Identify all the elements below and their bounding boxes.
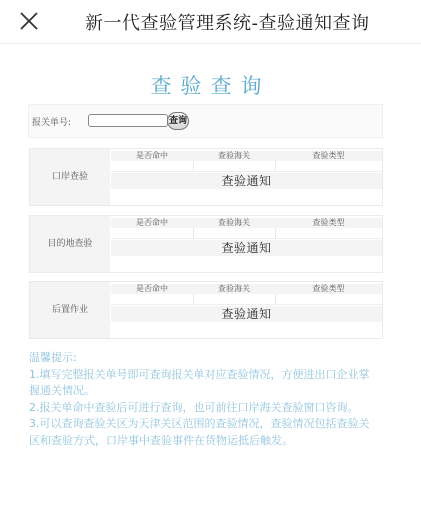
column-type: 查验类型 — [275, 218, 382, 228]
tips-panel: 温馨提示: 1.填写完整报关单号即可查询报关单对应查验情况，方便进出口企业掌握通… — [29, 350, 379, 449]
column-type: 查验类型 — [275, 151, 382, 161]
section-label: 目的地查验 — [30, 216, 110, 272]
section-port-inspection: 口岸查验 是否命中 查验海关 查验类型 查验通知 — [29, 148, 383, 206]
column-header-row: 是否命中 查验海关 查验类型 — [111, 151, 382, 161]
column-hit: 是否命中 — [111, 218, 193, 228]
page-title: 查验查询 — [0, 70, 421, 100]
tips-heading: 温馨提示: — [29, 350, 379, 367]
declaration-number-input[interactable] — [88, 114, 168, 127]
tip-item: 3.可以查询查验关区为天津关区范围的查验情况，查验情况包括查验关区和查验方式，口… — [29, 416, 379, 449]
inspection-notice-button[interactable]: 查验通知 — [111, 306, 382, 322]
data-row — [111, 228, 382, 239]
close-icon[interactable] — [18, 10, 40, 32]
data-row — [111, 294, 382, 305]
tip-item: 1.填写完整报关单号即可查询报关单对应查验情况，方便进出口企业掌握通关情况。 — [29, 367, 379, 400]
section-post-operation: 后置作业 是否命中 查验海关 查验类型 查验通知 — [29, 281, 383, 339]
column-header-row: 是否命中 查验海关 查验类型 — [111, 218, 382, 228]
column-hit: 是否命中 — [111, 284, 193, 294]
inspection-notice-button[interactable]: 查验通知 — [111, 173, 382, 189]
tip-item: 2.报关单命中查验后可进行查询，也可前往口岸海关查验窗口咨询。 — [29, 400, 379, 417]
section-label: 口岸查验 — [30, 149, 110, 205]
column-customs: 查验海关 — [193, 151, 275, 161]
search-panel: 报关单号: 查询 — [28, 104, 383, 138]
window-title: 新一代查验管理系统-查验通知查询 — [85, 9, 370, 35]
column-header-row: 是否命中 查验海关 查验类型 — [111, 284, 382, 294]
top-bar: 新一代查验管理系统-查验通知查询 — [0, 0, 421, 44]
column-hit: 是否命中 — [111, 151, 193, 161]
column-customs: 查验海关 — [193, 218, 275, 228]
query-button[interactable]: 查询 — [167, 112, 189, 130]
section-label: 后置作业 — [30, 282, 110, 338]
column-customs: 查验海关 — [193, 284, 275, 294]
inspection-notice-button[interactable]: 查验通知 — [111, 240, 382, 256]
section-destination-inspection: 目的地查验 是否命中 查验海关 查验类型 查验通知 — [29, 215, 383, 273]
declaration-number-label: 报关单号: — [32, 115, 71, 128]
data-row — [111, 161, 382, 172]
column-type: 查验类型 — [275, 284, 382, 294]
